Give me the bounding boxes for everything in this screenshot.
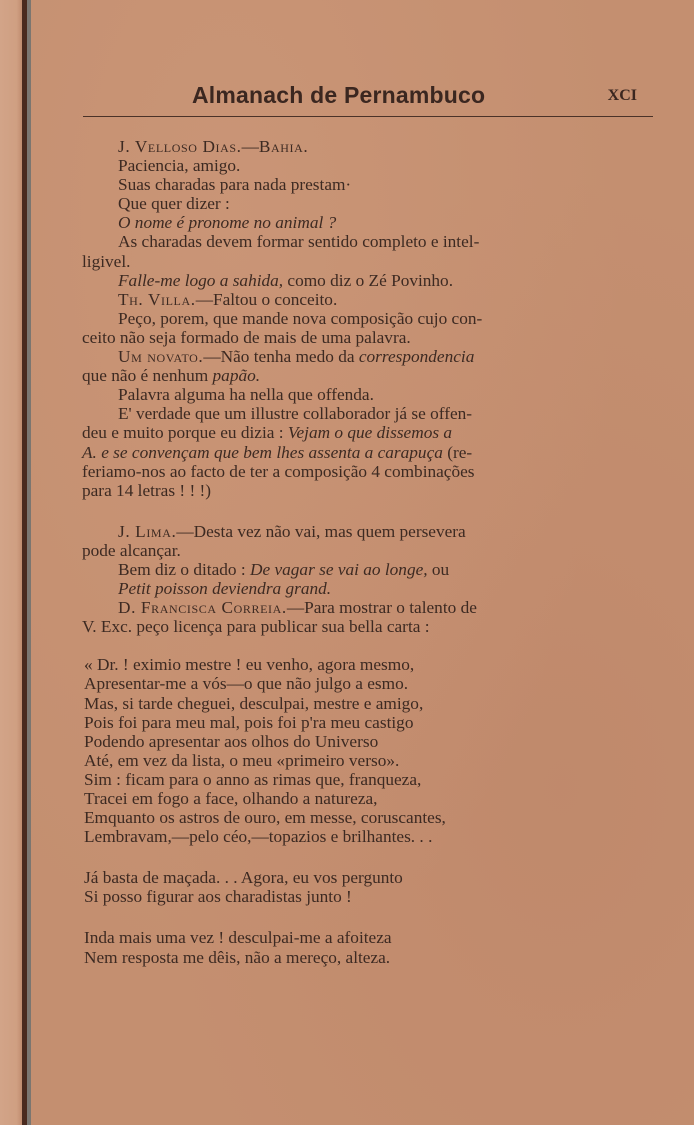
text-line: que não é nenhum papão. — [82, 366, 662, 385]
correspondent-place: Bahia. — [259, 137, 308, 156]
poem-stanza-1: « Dr. ! eximio mestre ! eu venho, agora … — [82, 655, 662, 846]
text-span: deu e muito porque eu dizia : — [82, 423, 288, 442]
facing-page-edge — [0, 0, 24, 1125]
text-line: E' verdade que um illustre collaborador … — [82, 404, 662, 423]
verse-line: Lembravam,—pelo céo,—topazios e brilhant… — [84, 827, 662, 846]
italic-phrase: Falle-me logo a sahida, — [118, 271, 283, 290]
italic-phrase: papão. — [213, 366, 261, 385]
verse-line: Emquanto os astros de ouro, em messe, co… — [84, 808, 662, 827]
text-line: Peço, porem, que mande nova composição c… — [82, 309, 662, 328]
text-span: —Não tenha medo da — [203, 347, 358, 366]
text-line: Falle-me logo a sahida, como diz o Zé Po… — [82, 271, 662, 290]
text-span: —Desta vez não vai, mas quem persevera — [176, 522, 465, 541]
entry-heading-villa: Th. Villa.—Faltou o conceito. — [82, 290, 662, 309]
spacer — [82, 500, 662, 522]
entry-heading-correia: D. Francisca Correia.—Para mostrar o tal… — [82, 598, 662, 617]
text-span: —Para mostrar o talento de — [287, 598, 477, 617]
italic-phrase: De vagar se vai ao longe, — [250, 560, 428, 579]
verse-line: Pois foi para meu mal, pois foi p'ra meu… — [84, 713, 662, 732]
text-line: pode alcançar. — [82, 541, 662, 560]
italic-phrase: A. e se convençam que bem lhes assenta a… — [82, 443, 443, 462]
text-span: Bem diz o ditado : — [118, 560, 250, 579]
running-title: Almanach de Pernambuco — [192, 82, 485, 109]
correspondent-name: D. Francisca Correia. — [118, 598, 287, 617]
verse-line: Apresentar-me a vós—o que não julgo a es… — [84, 674, 662, 693]
text-line: Que quer dizer : — [82, 194, 662, 213]
page-header: Almanach de Pernambuco XCI — [82, 82, 657, 112]
text-line: Suas charadas para nada prestam· — [82, 175, 662, 194]
spacer — [82, 906, 662, 928]
text-line: feriamo-nos ao facto de ter a composição… — [82, 462, 662, 481]
verse-line: Podendo apresentar aos olhos do Universo — [84, 732, 662, 751]
italic-proverb: Petit poisson deviendra grand. — [82, 579, 662, 598]
text-line: Paciencia, amigo. — [82, 156, 662, 175]
text-span: que não é nenhum — [82, 366, 213, 385]
quoted-riddle: O nome é pronome no animal ? — [82, 213, 662, 232]
spacer — [82, 636, 662, 655]
verse-line: Já basta de maçada. . . Agora, eu vos pe… — [84, 868, 662, 887]
verse-line: « Dr. ! eximio mestre ! eu venho, agora … — [84, 655, 662, 674]
text-span: como diz o Zé Povinho. — [283, 271, 453, 290]
text-line: para 14 letras ! ! !) — [82, 481, 662, 500]
correspondent-name: Um novato. — [118, 347, 203, 366]
text-span: —Faltou o conceito. — [196, 290, 338, 309]
page-number: XCI — [608, 87, 637, 105]
entry-heading-velloso: J. Velloso Dias.—Bahia. — [82, 137, 662, 156]
text-span: (re- — [443, 443, 472, 462]
verse-line: Sim : ficam para o anno as rimas que, fr… — [84, 770, 662, 789]
page-body: J. Velloso Dias.—Bahia. Paciencia, amigo… — [82, 137, 662, 967]
italic-phrase: correspondencia — [359, 347, 475, 366]
text-line: ceito não seja formado de mais de uma pa… — [82, 328, 662, 347]
verse-line: Inda mais uma vez ! desculpai-me a afoit… — [84, 928, 662, 947]
text-line: A. e se convençam que bem lhes assenta a… — [82, 443, 662, 462]
correspondent-name: J. Lima. — [118, 522, 176, 541]
entry-heading-novato: Um novato.—Não tenha medo da corresponde… — [82, 347, 662, 366]
correspondent-name: J. Velloso Dias. — [118, 137, 242, 156]
text-span: ou — [428, 560, 450, 579]
poem-stanza-3: Inda mais uma vez ! desculpai-me a afoit… — [82, 928, 662, 966]
correspondent-name: Th. Villa. — [118, 290, 196, 309]
text-line: As charadas devem formar sentido complet… — [82, 232, 662, 251]
text-line: deu e muito porque eu dizia : Vejam o qu… — [82, 423, 662, 442]
text-line: Palavra alguma ha nella que offenda. — [82, 385, 662, 404]
poem-stanza-2: Já basta de maçada. . . Agora, eu vos pe… — [82, 868, 662, 906]
dash: — — [242, 137, 259, 156]
verse-line: Até, em vez da lista, o meu «primeiro ve… — [84, 751, 662, 770]
verse-line: Nem resposta me dêis, não a mereço, alte… — [84, 948, 662, 967]
verse-line: Si posso figurar aos charadistas junto ! — [84, 887, 662, 906]
text-line: V. Exc. peço licença para publicar sua b… — [82, 617, 662, 636]
verse-line: Tracei em fogo a face, olhando a naturez… — [84, 789, 662, 808]
italic-phrase: Vejam o que dissemos a — [288, 423, 452, 442]
entry-heading-lima: J. Lima.—Desta vez não vai, mas quem per… — [82, 522, 662, 541]
header-rule — [83, 116, 653, 117]
text-line: Bem diz o ditado : De vagar se vai ao lo… — [82, 560, 662, 579]
spacer — [82, 846, 662, 868]
verse-line: Mas, si tarde cheguei, desculpai, mestre… — [84, 694, 662, 713]
text-line: ligivel. — [82, 252, 662, 271]
